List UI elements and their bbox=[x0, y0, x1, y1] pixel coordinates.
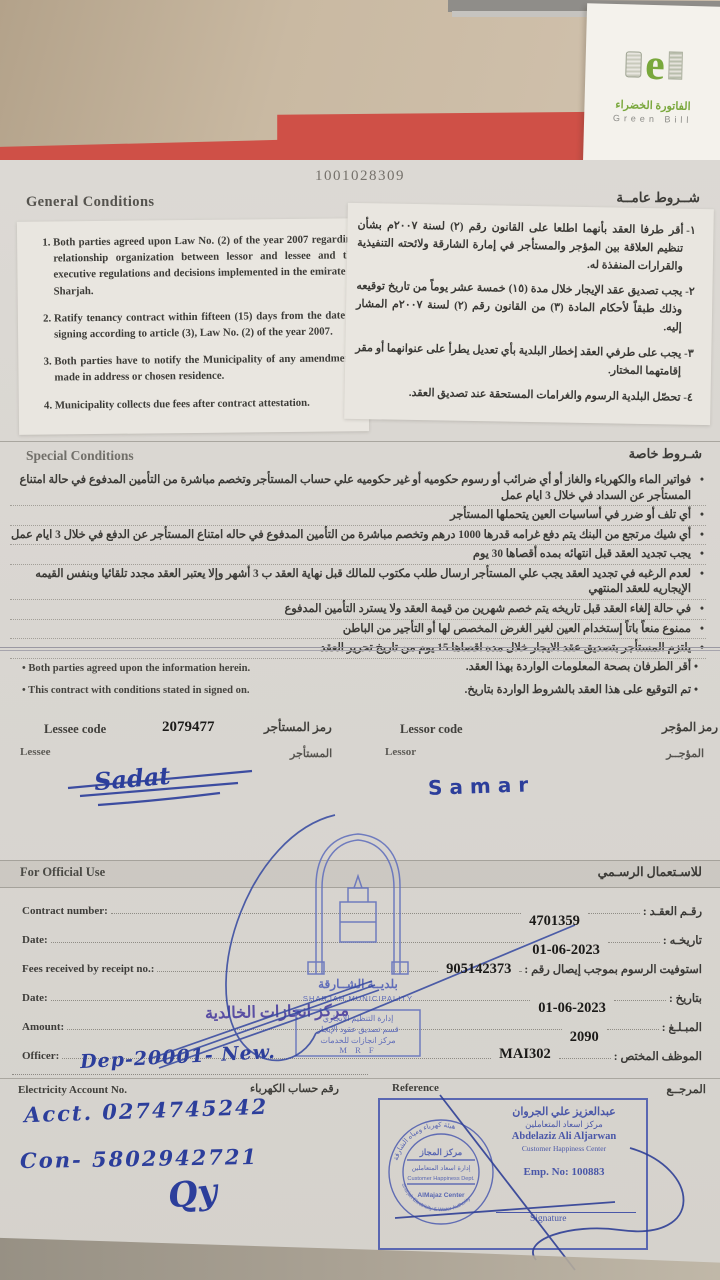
handwritten-contract-number: Con- 5802942721 bbox=[20, 1144, 259, 1173]
employee-name-ar: عبدالعزيز علي الجروان bbox=[486, 1105, 642, 1118]
form-row-date-1: Date: 01-06-2023 تاريخـه : bbox=[22, 920, 702, 949]
date1-label-en: Date: bbox=[22, 934, 48, 949]
signature-label: Signature bbox=[530, 1214, 566, 1224]
reference-stamp-box: هيئة كهرباء ومياه الشارقة Sharjah Electr… bbox=[378, 1098, 648, 1250]
section-divider bbox=[0, 441, 720, 442]
general-conditions-english: Both parties agreed upon Law No. (2) of … bbox=[17, 218, 369, 434]
sewa-round-stamp: هيئة كهرباء ومياه الشارقة Sharjah Electr… bbox=[382, 1104, 500, 1240]
special-conditions-list: فواتير الماء والكهرباء والغاز أو أي ضرائ… bbox=[10, 473, 706, 661]
lessee-label-ar: المستأجر bbox=[290, 747, 332, 760]
green-bill-logo: e bbox=[585, 43, 720, 86]
receipt-label-en: Fees received by receipt no.: bbox=[22, 963, 154, 978]
green-bill-title-english: Green Bill bbox=[584, 112, 720, 126]
dotted-line bbox=[12, 1074, 368, 1075]
general-condition-ar-4: تحصّل البلدية الرسوم والغرامات المستحقة … bbox=[354, 383, 680, 406]
officer-label-en: Officer: bbox=[22, 1050, 59, 1065]
green-e-logo: e bbox=[645, 45, 666, 85]
dotted-line bbox=[614, 1000, 666, 1001]
handwritten-initials: Qy bbox=[166, 1171, 220, 1217]
double-divider bbox=[0, 647, 720, 648]
contract-number-label-en: Contract number: bbox=[22, 905, 108, 920]
lessee-code-value: 2079477 bbox=[162, 719, 215, 736]
sewa-dept-en: Customer Happiness Dept. bbox=[407, 1176, 475, 1182]
svg-text:هيئة كهرباء ومياه الشارقة: هيئة كهرباء ومياه الشارقة bbox=[393, 1121, 457, 1161]
lessee-code-label-ar: رمز المستأجر bbox=[264, 720, 332, 735]
lessor-code-label: Lessor code bbox=[400, 722, 463, 737]
dotted-line bbox=[607, 1029, 659, 1030]
amount-label-en: Amount: bbox=[22, 1021, 64, 1036]
dotted-line bbox=[588, 913, 640, 914]
section-divider bbox=[0, 1078, 720, 1079]
green-bill-title-arabic: الفاتورة الخضراء bbox=[584, 97, 720, 114]
general-condition-ar-3: يجب على طرفي العقد إخطار البلدية بأي تعد… bbox=[355, 340, 682, 381]
date1-value: 01-06-2023 bbox=[527, 942, 605, 959]
sewa-center-ar: مركز المجاز bbox=[419, 1147, 463, 1158]
amount-label-ar: المبـلـغ : bbox=[662, 1020, 702, 1036]
amount-value: 2090 bbox=[565, 1029, 604, 1046]
lessee-signature: Sadat bbox=[93, 761, 172, 797]
contract-number-label-ar: رقـم العقـد : bbox=[643, 904, 702, 920]
special-condition-5: لعدم الرغبه في تجديد العقد يجب علي المست… bbox=[10, 567, 706, 600]
reference-label-en: Reference bbox=[392, 1082, 439, 1094]
electricity-account-label-en: Electricity Account No. bbox=[18, 1084, 127, 1096]
general-condition-en-2: Ratify tenancy contract within fifteen (… bbox=[54, 307, 358, 343]
employee-name-en: Abdelaziz Ali Aljarwan bbox=[486, 1131, 642, 1142]
agreement-en-1: Both parties agreed upon the information… bbox=[22, 658, 352, 680]
official-use-header-band: For Official Use للاسـتعمال الرسـمي bbox=[0, 860, 720, 888]
signature-line bbox=[496, 1212, 636, 1213]
officer-label-ar: الموظف المختص : bbox=[614, 1049, 702, 1065]
special-condition-1: فواتير الماء والكهرباء والغاز أو أي ضرائ… bbox=[10, 473, 706, 506]
dotted-line bbox=[519, 971, 521, 972]
official-use-title-en: For Official Use bbox=[20, 865, 105, 880]
tenancy-contract-page: 1001028309 General Conditions شــروط عام… bbox=[0, 160, 720, 1280]
document-number: 1001028309 bbox=[0, 168, 720, 185]
dotted-line bbox=[157, 971, 438, 972]
general-condition-en-3: Both parties have to notify the Municipa… bbox=[54, 350, 358, 386]
date1-label-ar: تاريخـه : bbox=[663, 933, 702, 949]
dotted-line bbox=[559, 1058, 611, 1059]
reference-label-ar: المرجــع bbox=[666, 1082, 706, 1096]
employee-number: Emp. No: 100883 bbox=[486, 1166, 642, 1178]
general-condition-en-4: Municipality collects due fees after con… bbox=[55, 394, 359, 413]
svg-text:Sharjah Electricity & Water Au: Sharjah Electricity & Water Authority bbox=[400, 1182, 472, 1213]
contract-number-value: 4701359 bbox=[524, 913, 585, 930]
general-condition-ar-2: يجب تصديق عقد الإيجار خلال مدة (١٥) خمسة… bbox=[356, 278, 683, 337]
officer-value: MAI302 bbox=[494, 1046, 556, 1063]
dotted-line bbox=[51, 942, 525, 943]
sewa-outer-text-en: Sharjah Electricity & Water Authority bbox=[400, 1182, 472, 1213]
general-conditions-title-en: General Conditions bbox=[26, 194, 154, 211]
agreement-en-2: This contract with conditions stated in … bbox=[22, 680, 352, 702]
general-condition-ar-1: أقر طرفا العقد بأنهما اطلعا على القانون … bbox=[357, 217, 684, 276]
special-conditions-title-ar: شـروط خاصة bbox=[629, 446, 702, 462]
happiness-center-ar: مركز اسعاد المتعاملين bbox=[486, 1119, 642, 1130]
dotted-line bbox=[608, 942, 660, 943]
form-row-contract-number: Contract number: 4701359 رقـم العقـد : bbox=[22, 891, 702, 920]
agreement-ar-1: أقر الطرفان بصحة المعلومات الواردة بهذا … bbox=[368, 656, 698, 679]
sewa-outer-text-ar: هيئة كهرباء ومياه الشارقة bbox=[393, 1121, 457, 1161]
date2-label-en: Date: bbox=[22, 992, 48, 1007]
special-conditions-title-en: Special Conditions bbox=[26, 448, 134, 464]
special-condition-3: أي شيك مرتجع من البنك يتم دفع غرامه قدره… bbox=[10, 528, 706, 546]
special-condition-6: في حالة إلغاء العقد قبل تاريخه يتم خصم ش… bbox=[10, 602, 706, 620]
lessee-label: Lessee bbox=[20, 746, 51, 758]
agreement-ar-2: تم التوقيع على هذا العقد بالشروط الواردة… bbox=[368, 679, 698, 702]
general-condition-en-1: Both parties agreed upon Law No. (2) of … bbox=[53, 231, 358, 299]
sewa-dept-ar: إدارة اسعاد المتعاملين bbox=[411, 1164, 470, 1172]
dotted-line bbox=[111, 913, 521, 914]
receipt-value: 905142373 bbox=[441, 961, 516, 978]
green-bill-slip: e الفاتورة الخضراء Green Bill bbox=[583, 3, 720, 170]
photographed-contract: e الفاتورة الخضراء Green Bill 1001028309… bbox=[0, 0, 720, 1280]
dotted-line bbox=[67, 1029, 562, 1030]
official-use-form: Contract number: 4701359 رقـم العقـد : D… bbox=[0, 891, 720, 1065]
lessee-code-label: Lessee code bbox=[44, 722, 106, 737]
special-condition-7: ممنوع منعاً باتاً إستخدام العين لغير الغ… bbox=[10, 622, 706, 640]
lessor-signature: Samar bbox=[428, 772, 536, 800]
date2-value: 01-06-2023 bbox=[533, 1000, 611, 1017]
official-use-title-ar: للاسـتعمال الرسـمي bbox=[598, 864, 702, 880]
logo-bars-icon bbox=[668, 51, 683, 79]
sewa-center-en: AlMajaz Center bbox=[417, 1192, 465, 1199]
double-divider-2 bbox=[0, 650, 720, 651]
general-conditions-arabic: أقر طرفا العقد بأنهما اطلعا على القانون … bbox=[344, 203, 714, 426]
special-condition-4: يجب تجديد العقد قبل انتهائه بمده أقصاها … bbox=[10, 547, 706, 565]
agreement-statements-en: Both parties agreed upon the information… bbox=[22, 658, 352, 702]
general-conditions-title-ar: شــروط عامــة bbox=[616, 190, 700, 206]
lessor-label-ar: المؤجــر bbox=[666, 747, 704, 760]
jar-icon bbox=[625, 51, 642, 77]
receipt-label-ar: استوفيت الرسوم بموجب إيصال رقم : bbox=[524, 962, 702, 978]
agreement-statements-ar: أقر الطرفان بصحة المعلومات الواردة بهذا … bbox=[368, 656, 698, 702]
lessor-label: Lessor bbox=[385, 746, 416, 758]
happiness-center-en: Customer Happiness Center bbox=[486, 1144, 642, 1153]
lessor-code-label-ar: رمز المؤجر bbox=[662, 720, 718, 735]
special-condition-2: أي تلف أو ضرر في أساسيات العين يتحملها ا… bbox=[10, 508, 706, 526]
date2-label-ar: بتاريخ : bbox=[669, 991, 702, 1007]
